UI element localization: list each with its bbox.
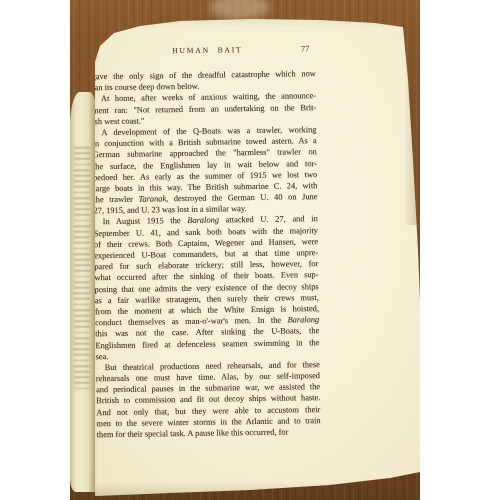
book-page: HUMAN BAIT 77 gave the only sign of the …: [70, 0, 420, 500]
body-text: gave the only sign of the dreadful catas…: [92, 68, 321, 440]
book-photo: HUMAN BAIT 77 gave the only sign of the …: [70, 0, 420, 500]
photo-background: HUMAN BAIT 77 gave the only sign of the …: [0, 0, 500, 500]
page-text-block: HUMAN BAIT 77 gave the only sign of the …: [91, 44, 320, 440]
table-scuff-mark: [210, 0, 270, 20]
page-bottom-shading: [70, 482, 420, 500]
page-right-edge-shading: [404, 0, 420, 225]
text-line: them for their special task. A pause lik…: [97, 426, 321, 440]
running-head: HUMAN BAIT: [172, 45, 242, 55]
page-number: 77: [301, 44, 309, 53]
showthrough-text-blur: [74, 147, 90, 392]
facing-page-edge: [70, 92, 97, 492]
running-head-row: HUMAN BAIT 77: [91, 44, 315, 59]
